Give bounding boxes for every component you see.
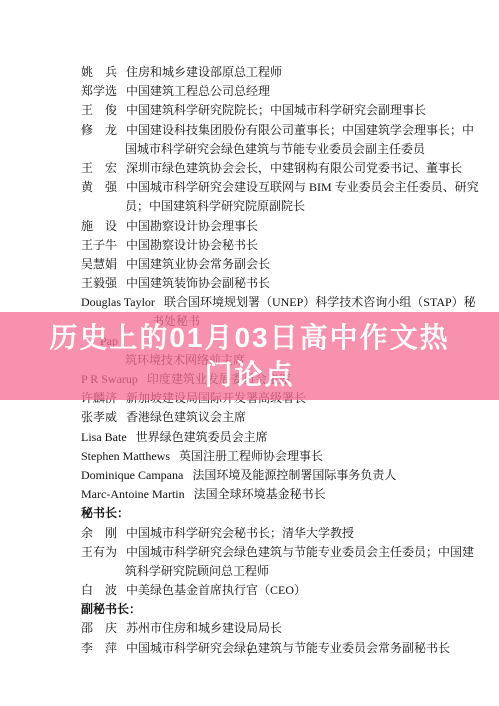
member-title: 世界绿色建筑委员会主席 [136,430,268,444]
roster-line: 施 设中国勘察设计协会理事长 [0,217,499,236]
roster-line: 姚 兵住房和城乡建设部原总工程师 [0,63,499,82]
member-title: 中国城市科学研究会建设互联网与 BIM 专业委员会主任委员、研究 [126,180,479,194]
roster-line: 邵 庆苏州市住房和城乡建设局局长 [0,619,499,638]
roster-line: Douglas Taylor联合国环境规划署（UNEP）科学技术咨询小组（STA… [0,293,499,312]
member-name: Stephen Matthews [81,447,170,466]
member-name: 修 龙 [81,121,117,140]
member-name: 吴慧娟 [81,255,117,274]
member-name: 张孝威 [81,408,117,427]
roster-line: 王子牛中国勘察设计协会秘书长 [0,236,499,255]
member-title: 苏州市住房和城乡建设局局长 [126,621,282,635]
member-name: 王 宏 [81,159,117,178]
member-name: 郑学选 [81,82,117,101]
roster-line: Dominique Campana法国环境及能源控制署国际事务负责人 [0,466,499,485]
roster-line: Stephen Matthews英国注册工程师协会理事长 [0,447,499,466]
member-name: Lisa Bate [81,428,127,447]
roster-line: 副秘书长： [0,600,499,619]
roster-line: 王 俊中国建筑科学研究院院长；中国城市科学研究会副理事长 [0,101,499,120]
member-title: 中美绿色基金首席执行官（CEO） [126,583,306,597]
member-name: 施 设 [81,217,117,236]
roster-line: 国城市科学研究会绿色建筑与节能专业委员会副主任委员 [0,140,499,159]
member-title: 中国勘察设计协会秘书长 [126,238,258,252]
member-name: 黄 强 [81,178,117,197]
roster-line: 白 波中美绿色基金首席执行官（CEO） [0,581,499,600]
member-name: 王 俊 [81,101,117,120]
page-number: 7 [0,645,499,661]
roster-line: 王毅强中国建筑装饰协会副秘书长 [0,274,499,293]
roster-line: Lisa Bate世界绿色建筑委员会主席 [0,428,499,447]
member-title: 中国建筑装饰协会副秘书长 [126,276,270,290]
roster-line: 余 刚中国城市科学研究会秘书长；清华大学教授 [0,524,499,543]
member-title: 深圳市绿色建筑协会会长，中建钢构有限公司党委书记、董事长 [126,161,462,175]
member-name: Douglas Taylor [81,293,155,312]
member-title: 联合国环境规划署（UNEP）科学技术咨询小组（STAP）秘 [164,295,476,309]
roster-line: 张孝威香港绿色建筑议会主席 [0,408,499,427]
member-title: 中国建设科技集团股份有限公司董事长；中国建筑学会理事长；中 [126,123,474,137]
member-title: 中国城市科学研究会秘书长；清华大学教授 [126,526,354,540]
member-title: 中国勘察设计协会理事长 [126,219,258,233]
document-page: 姚 兵住房和城乡建设部原总工程师郑学选中国建筑工程总公司总经理王 俊中国建筑科学… [0,0,499,706]
member-name: 邵 庆 [81,619,117,638]
roster-line: Marc-Antoine Martin法国全球环境基金秘书长 [0,485,499,504]
member-title: 中国城市科学研究会绿色建筑与节能专业委员会主任委员；中国建 [126,545,474,559]
banner-title-line2: 门论点 [204,356,294,393]
roster-line: 吴慧娟中国建筑业协会常务副会长 [0,255,499,274]
member-title: 住房和城乡建设部原总工程师 [126,65,282,79]
roster-line: 王 宏深圳市绿色建筑协会会长，中建钢构有限公司党委书记、董事长 [0,159,499,178]
member-name: Dominique Campana [81,466,183,485]
overlay-banner: 历史上的01月03日高中作文热 门论点 [0,312,499,400]
member-title: 香港绿色建筑议会主席 [126,410,246,424]
member-name: 余 刚 [81,524,117,543]
member-title: 中国建筑业协会常务副会长 [126,257,270,271]
member-name: Marc-Antoine Martin [81,485,185,504]
roster-line: 筑科学研究院顾问总工程师 [0,562,499,581]
member-name: 王子牛 [81,236,117,255]
roster-line: 黄 强中国城市科学研究会建设互联网与 BIM 专业委员会主任委员、研究 [0,178,499,197]
member-title: 法国全球环境基金秘书长 [194,487,326,501]
roster-line: 王有为中国城市科学研究会绿色建筑与节能专业委员会主任委员；中国建 [0,543,499,562]
member-title: 中国建筑科学研究院院长；中国城市科学研究会副理事长 [126,103,426,117]
member-title: 英国注册工程师协会理事长 [179,449,323,463]
member-name: 白 波 [81,581,117,600]
member-title: 法国环境及能源控制署国际事务负责人 [192,468,396,482]
roster-line: 秘书长： [0,504,499,523]
roster-line: 郑学选中国建筑工程总公司总经理 [0,82,499,101]
banner-title-line1: 历史上的01月03日高中作文热 [49,319,449,356]
member-title: 中国建筑工程总公司总经理 [126,84,270,98]
roster-line: 员；中国建筑科学研究院原副院长 [0,197,499,216]
roster-line: 修 龙中国建设科技集团股份有限公司董事长；中国建筑学会理事长；中 [0,121,499,140]
member-name: 王毅强 [81,274,117,293]
member-name: 姚 兵 [81,63,117,82]
member-name: 王有为 [81,543,117,562]
